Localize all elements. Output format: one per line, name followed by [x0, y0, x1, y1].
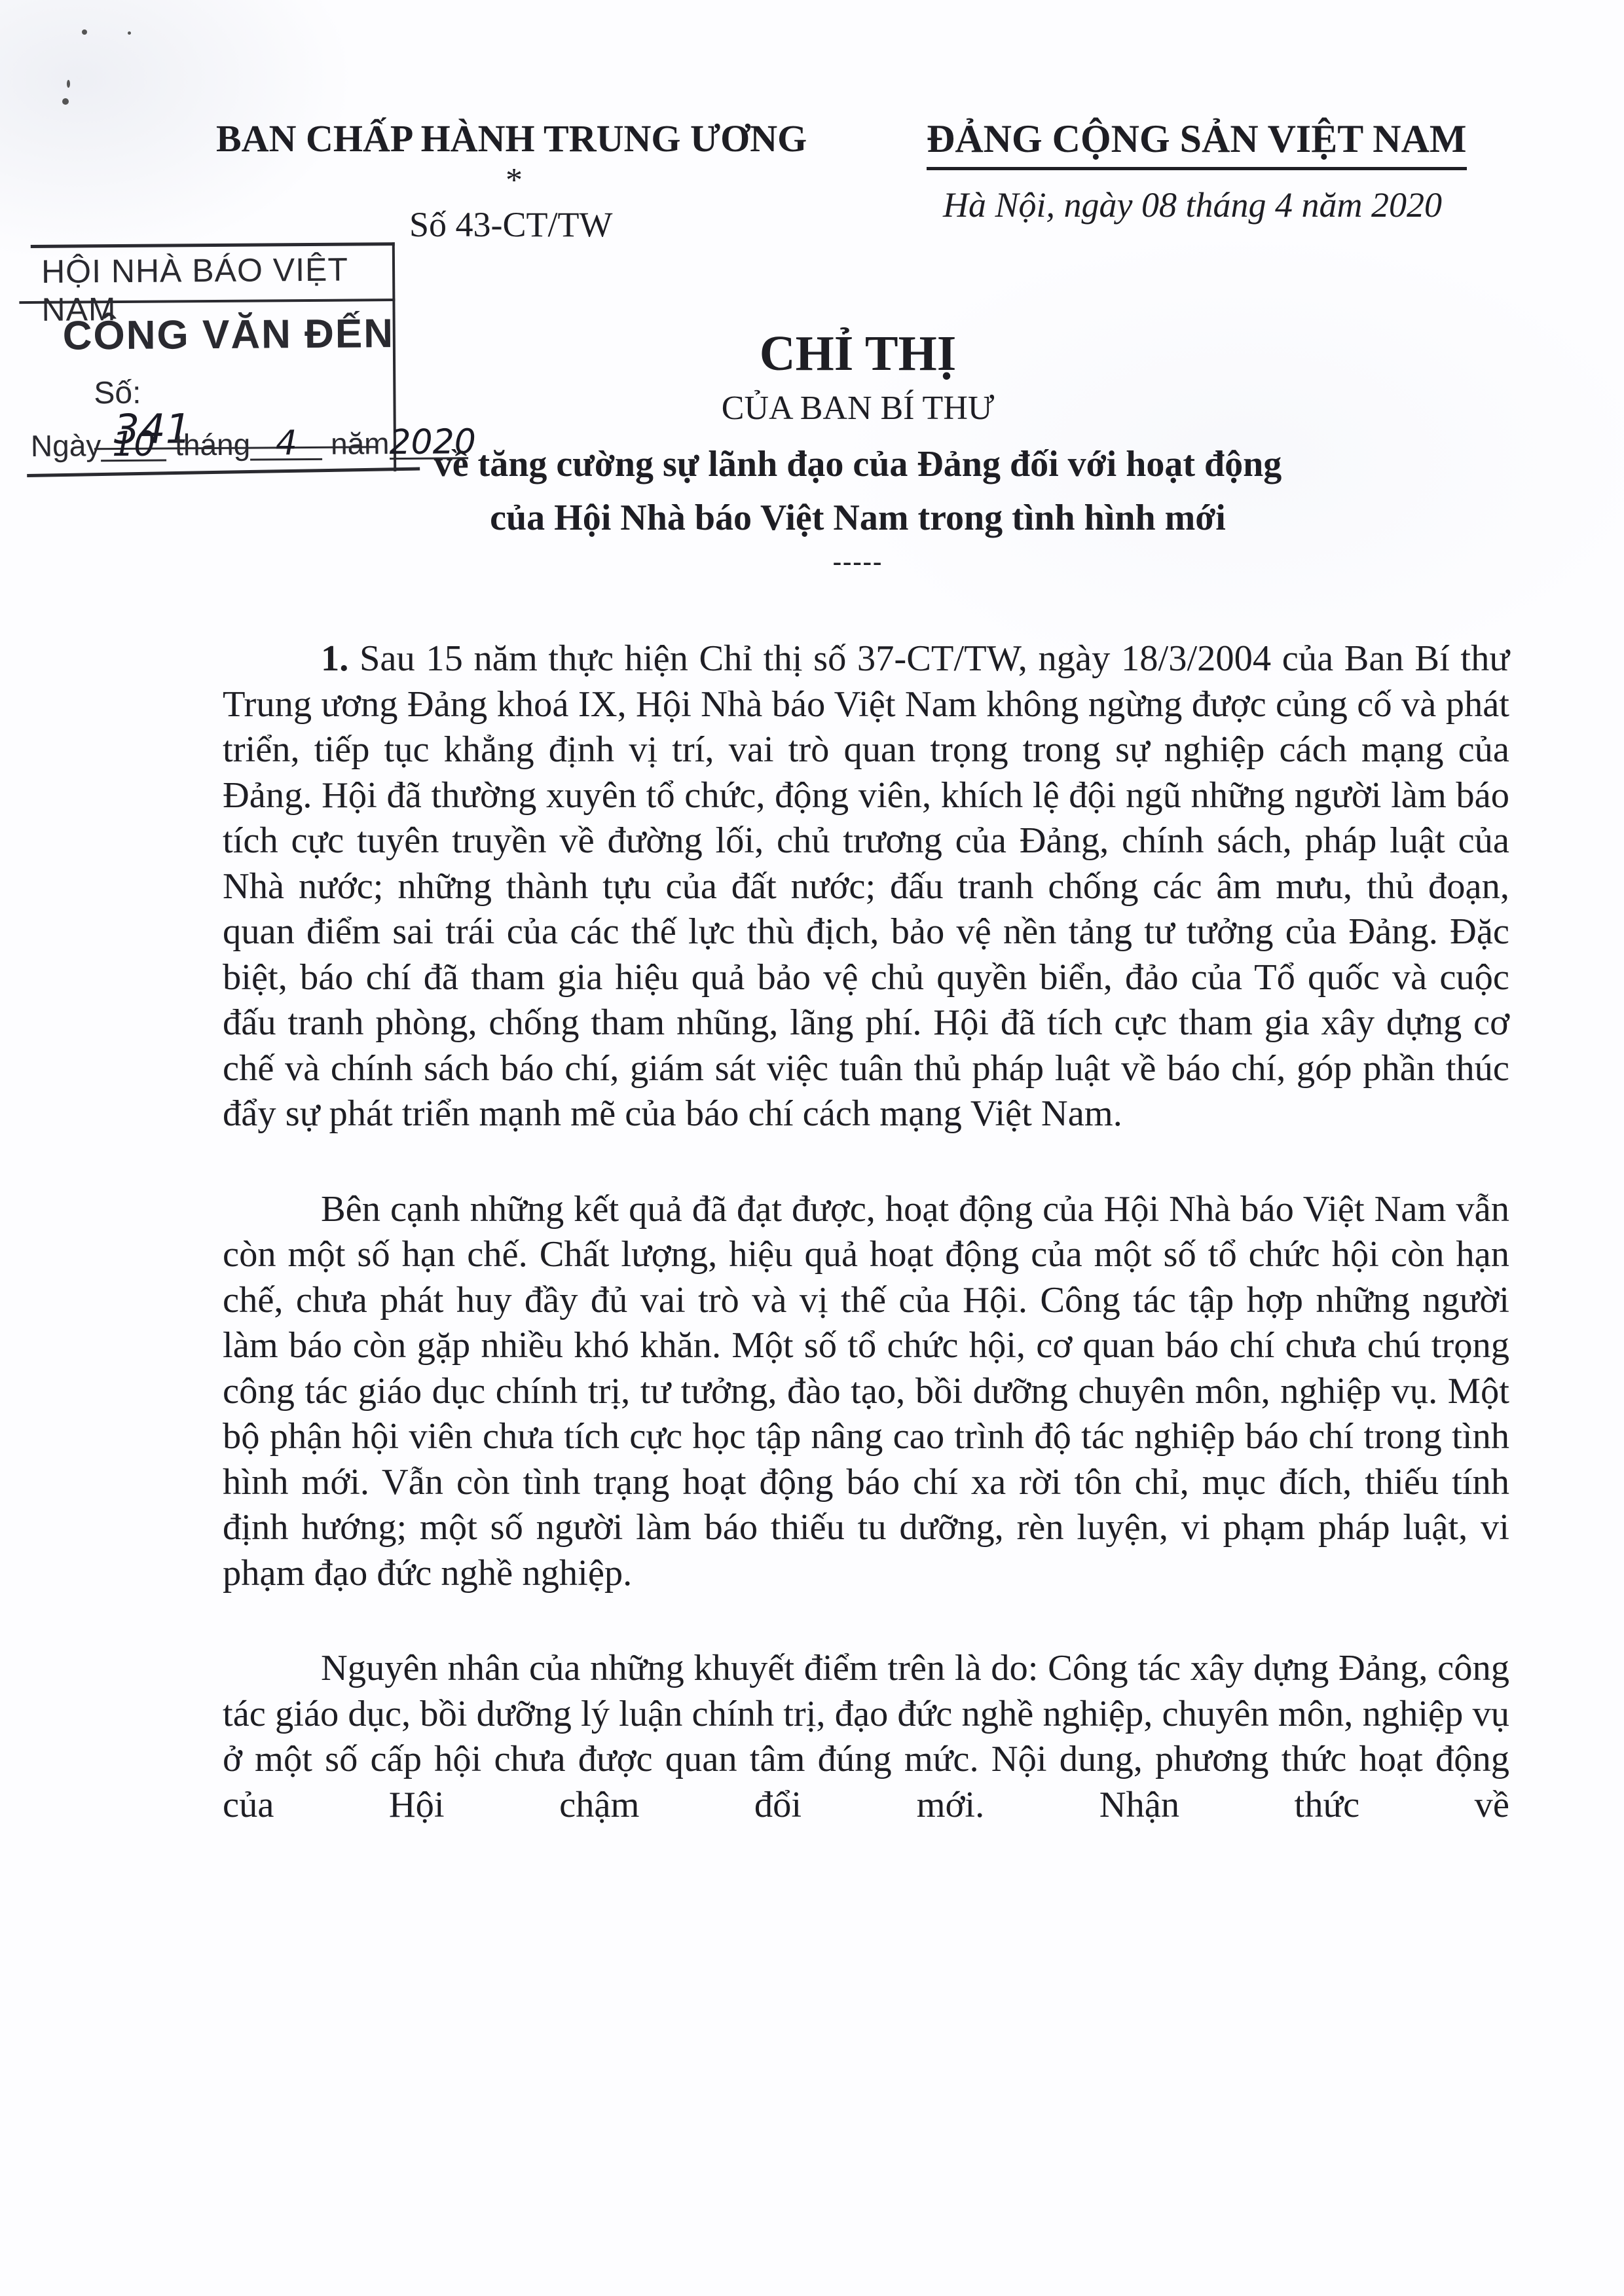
subject-line-2: của Hội Nhà báo Việt Nam trong tình hình… — [367, 491, 1349, 545]
star-separator: * — [506, 161, 523, 200]
stamp-month-label: tháng — [175, 428, 250, 462]
document-type: CHỈ THỊ — [367, 329, 1349, 378]
scan-speck — [128, 31, 131, 35]
stamp-day-value: 10 — [101, 429, 166, 462]
party-heading: ĐẢNG CỘNG SẢN VIỆT NAM — [927, 117, 1503, 170]
stamp-title: CÔNG VĂN ĐẾN — [63, 310, 395, 359]
document-subject: về tăng cường sự lãnh đạo của Đảng đối v… — [367, 437, 1349, 545]
issuing-body: BAN CHẤP HÀNH TRUNG ƯƠNG — [216, 117, 819, 160]
scanned-page: BAN CHẤP HÀNH TRUNG ƯƠNG * Số 43-CT/TW Đ… — [0, 0, 1624, 2296]
paragraph-2: Bên cạnh những kết quả đã đạt được, hoạt… — [223, 1187, 1509, 1597]
paragraph-1: 1. Sau 15 năm thực hiện Chỉ thị số 37-CT… — [223, 636, 1509, 1137]
scan-speck — [67, 80, 70, 88]
title-divider: ----- — [367, 546, 1349, 577]
subject-line-1: về tăng cường sự lãnh đạo của Đảng đối v… — [367, 437, 1349, 491]
scan-speck — [82, 29, 87, 35]
party-name: ĐẢNG CỘNG SẢN VIỆT NAM — [927, 117, 1467, 170]
stamp-border-top — [31, 242, 395, 248]
section-number: 1. — [321, 638, 348, 679]
issuing-body-name: BAN CHẤP HÀNH TRUNG ƯƠNG — [216, 117, 819, 160]
stamp-border-bottom — [27, 467, 420, 477]
stamp-month-value: 4 — [250, 428, 322, 461]
incoming-document-stamp: HỘI NHÀ BÁO VIỆT NAM CÔNG VĂN ĐẾN Số: 34… — [31, 242, 396, 474]
place-and-date: Hà Nội, ngày 08 tháng 4 năm 2020 — [943, 185, 1442, 225]
paragraph-3: Nguyên nhân của những khuyết điểm trên l… — [223, 1646, 1509, 1828]
scan-speck — [62, 98, 69, 105]
document-body: 1. Sau 15 năm thực hiện Chỉ thị số 37-CT… — [223, 636, 1509, 1878]
document-issuer: CỦA BAN BÍ THƯ — [367, 392, 1349, 426]
paragraph-1-text: Sau 15 năm thực hiện Chỉ thị số 37-CT/TW… — [223, 638, 1509, 1134]
stamp-day-label: Ngày — [31, 428, 101, 463]
document-title-block: CHỈ THỊ CỦA BAN BÍ THƯ về tăng cường sự … — [367, 314, 1349, 577]
document-number: Số 43-CT/TW — [409, 204, 612, 245]
